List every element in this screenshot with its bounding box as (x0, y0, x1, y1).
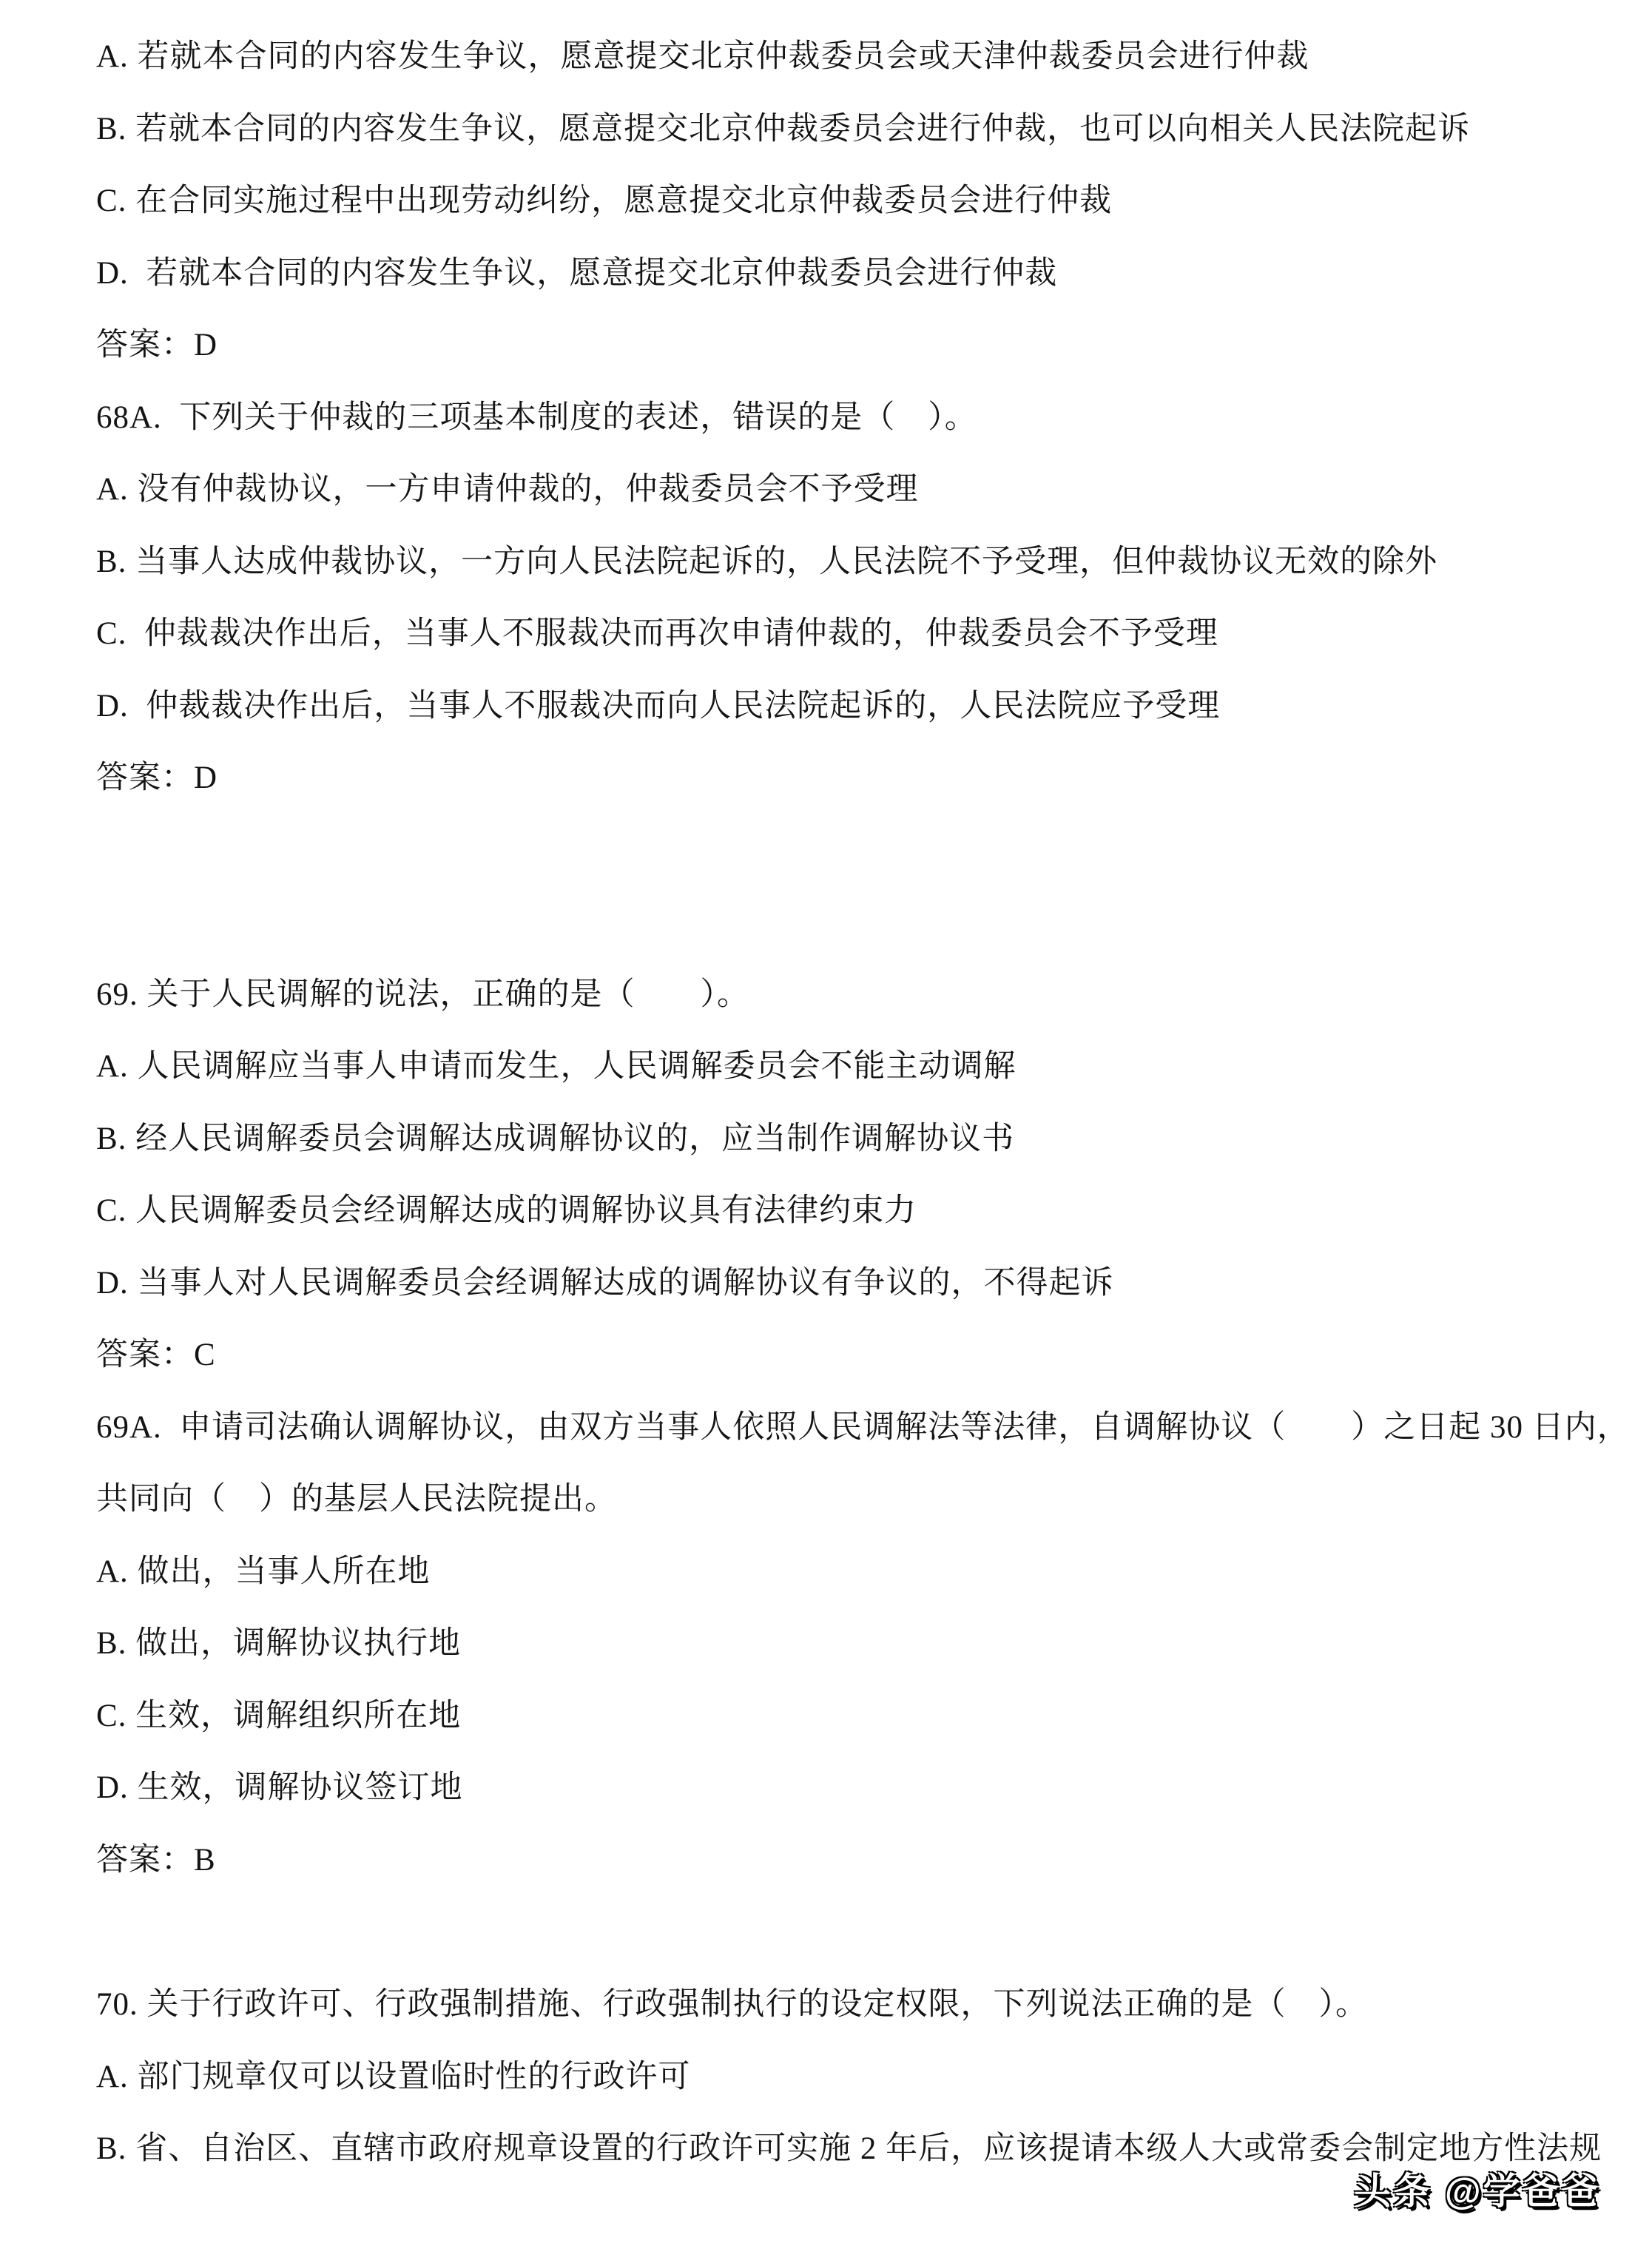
option-line: A. 部门规章仅可以设置临时性的行政许可 (96, 2041, 1608, 2114)
answer-line: 答案：C (96, 1319, 1608, 1392)
blank-gap (96, 815, 1608, 959)
option-line: A. 做出，当事人所在地 (96, 1536, 1608, 1608)
option-line: C. 仲裁裁决作出后，当事人不服裁决而再次申请仲裁的，仲裁委员会不予受理 (96, 598, 1608, 670)
option-line: B. 经人民调解委员会调解达成调解协议的，应当制作调解协议书 (96, 1103, 1608, 1176)
question-block-69: 69. 关于人民调解的说法，正确的是（ ）。 A. 人民调解应当事人申请而发生，… (96, 959, 1608, 1897)
document-content: A. 若就本合同的内容发生争议，愿意提交北京仲裁委员会或天津仲裁委员会进行仲裁 … (0, 0, 1652, 2185)
toutiao-watermark: 头条 @学爸爸 (1354, 2162, 1601, 2215)
question-line: 69. 关于人民调解的说法，正确的是（ ）。 (96, 959, 1608, 1031)
option-line: A. 若就本合同的内容发生争议，愿意提交北京仲裁委员会或天津仲裁委员会进行仲裁 (96, 21, 1608, 93)
option-line: A. 人民调解应当事人申请而发生，人民调解委员会不能主动调解 (96, 1031, 1608, 1103)
answer-line: 答案：D (96, 309, 1608, 382)
option-line: B. 做出，调解协议执行地 (96, 1608, 1608, 1680)
answer-line: 答案：D (96, 742, 1608, 815)
question-line: 68A. 下列关于仲裁的三项基本制度的表述，错误的是（ ）。 (96, 382, 1608, 454)
question-block-70: 70. 关于行政许可、行政强制措施、行政强制执行的设定权限，下列说法正确的是（ … (96, 1969, 1608, 2185)
answer-line: 答案：B (96, 1824, 1608, 1897)
option-line: C. 生效，调解组织所在地 (96, 1680, 1608, 1753)
option-line: D. 生效，调解协议签订地 (96, 1752, 1608, 1824)
option-line: C. 在合同实施过程中出现劳动纠纷，愿意提交北京仲裁委员会进行仲裁 (96, 165, 1608, 237)
option-line: B. 若就本合同的内容发生争议，愿意提交北京仲裁委员会进行仲裁，也可以向相关人民… (96, 93, 1608, 166)
question-line-continuation: 共同向（ ）的基层人民法院提出。 (96, 1463, 1608, 1536)
option-line: D. 当事人对人民调解委员会经调解达成的调解协议有争议的，不得起诉 (96, 1247, 1608, 1320)
option-line: D. 若就本合同的内容发生争议，愿意提交北京仲裁委员会进行仲裁 (96, 237, 1608, 310)
question-line: 70. 关于行政许可、行政强制措施、行政强制执行的设定权限，下列说法正确的是（ … (96, 1969, 1608, 2041)
blank-gap (96, 1896, 1608, 1969)
option-line: C. 人民调解委员会经调解达成的调解协议具有法律约束力 (96, 1175, 1608, 1247)
question-line: 69A. 申请司法确认调解协议，由双方当事人依照人民调解法等法律，自调解协议（ … (96, 1392, 1608, 1464)
option-line: B. 当事人达成仲裁协议，一方向人民法院起诉的，人民法院不予受理，但仲裁协议无效… (96, 526, 1608, 598)
question-block-68: A. 若就本合同的内容发生争议，愿意提交北京仲裁委员会或天津仲裁委员会进行仲裁 … (96, 21, 1608, 815)
document-page: A. 若就本合同的内容发生争议，愿意提交北京仲裁委员会或天津仲裁委员会进行仲裁 … (0, 0, 1652, 2246)
option-line: D. 仲裁裁决作出后，当事人不服裁决而向人民法院起诉的，人民法院应予受理 (96, 670, 1608, 743)
option-line: A. 没有仲裁协议，一方申请仲裁的，仲裁委员会不予受理 (96, 453, 1608, 526)
